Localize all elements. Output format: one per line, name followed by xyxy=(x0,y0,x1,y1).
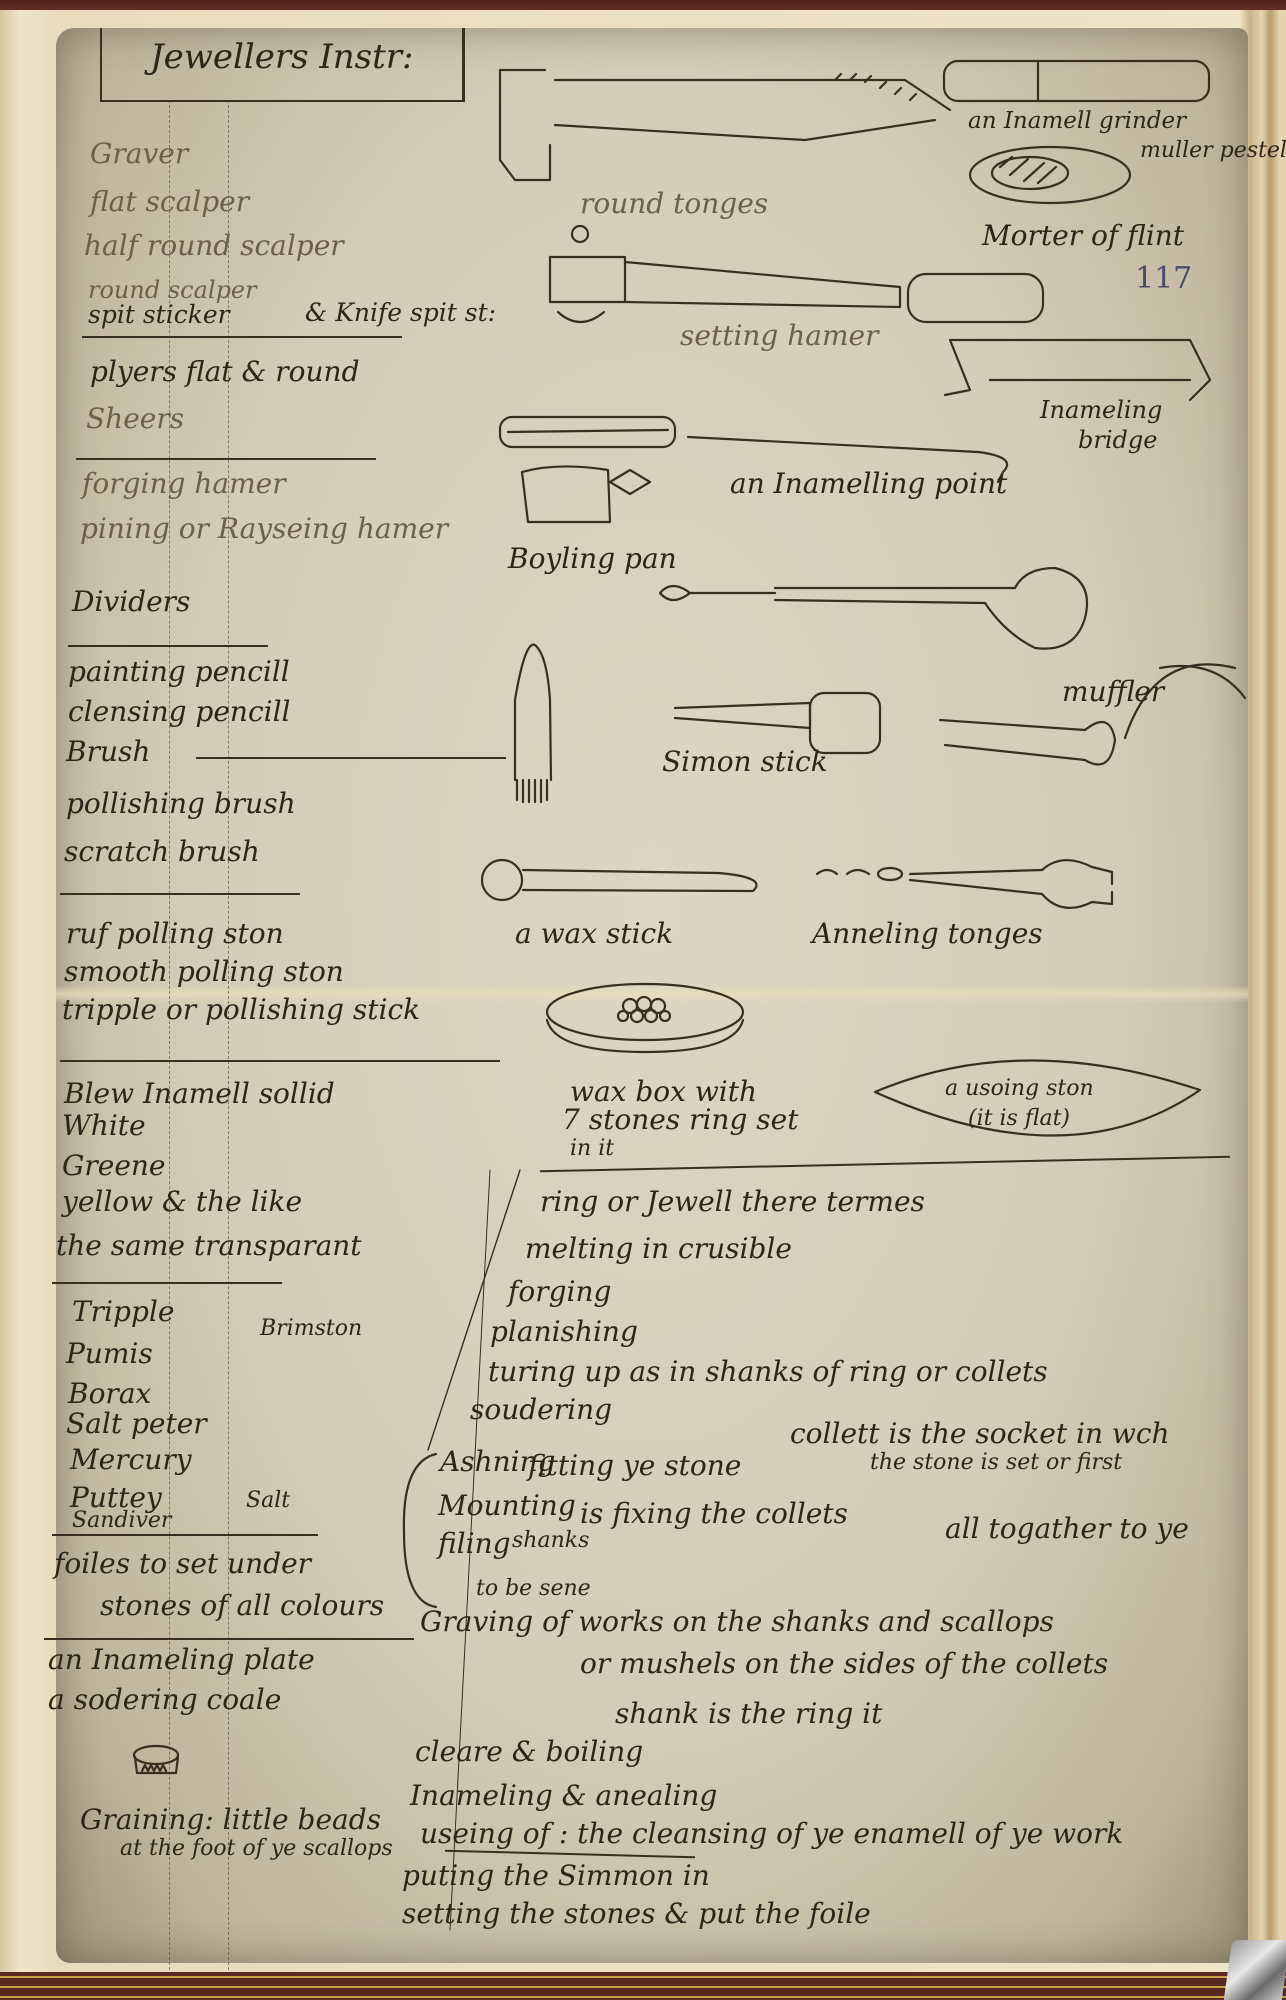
list-item: spit sticker xyxy=(88,302,230,327)
brush-sketch xyxy=(505,640,565,810)
sketch-label: 7 stones ring set xyxy=(562,1106,798,1134)
list-item: a sodering coale xyxy=(48,1686,281,1714)
list-item: pollishing brush xyxy=(66,790,296,818)
list-item: Graver xyxy=(90,140,188,168)
term-item: forging xyxy=(508,1278,611,1306)
mounting-note: shanks xyxy=(512,1530,589,1552)
list-item: yellow & the like xyxy=(62,1188,302,1216)
list-item: half round scalper xyxy=(84,232,344,260)
graving-note: Graving of works on the shanks and scall… xyxy=(420,1608,1054,1636)
sketch-label: Boyling pan xyxy=(508,545,677,573)
wax-box-sketch xyxy=(545,980,755,1060)
list-item: White xyxy=(62,1112,146,1140)
page-title: Jewellers Instr: xyxy=(150,40,414,74)
folio-number: 117 xyxy=(1135,264,1192,294)
term-item: melting in crusible xyxy=(525,1235,792,1263)
sketch-label: muller pestell xyxy=(1140,140,1286,162)
term-item: Mounting xyxy=(438,1492,576,1520)
list-item: round scalper xyxy=(88,278,257,302)
list-item: Greene xyxy=(62,1152,166,1180)
collet-note: collett is the socket in wch xyxy=(790,1420,1170,1448)
graving-note: or mushels on the sides of the collets xyxy=(580,1650,1108,1678)
term-item: useing of : the cleansing of ye enamell … xyxy=(420,1820,1123,1848)
shank-note: shank is the ring it xyxy=(615,1700,882,1728)
section-divider xyxy=(60,893,300,895)
bead-sketch xyxy=(132,1745,182,1785)
section-divider xyxy=(44,1638,414,1640)
term-item: planishing xyxy=(490,1318,638,1346)
list-item: Sandiver xyxy=(72,1510,171,1532)
list-item: Dividers xyxy=(72,588,190,616)
sketch-label: an Inamelling point xyxy=(730,470,1007,498)
terms-brace xyxy=(400,1452,440,1612)
section-divider xyxy=(52,1534,318,1536)
list-item: scratch brush xyxy=(64,838,260,866)
sketch-label: an Inamell grinder xyxy=(968,110,1186,133)
list-item: pining or Rayseing hamer xyxy=(80,515,448,543)
list-item: forging hamer xyxy=(82,470,286,498)
sketch-label: Inameling xyxy=(1040,398,1162,422)
list-item: tripple or pollishing stick xyxy=(62,996,420,1024)
list-item: painting pencill xyxy=(68,658,290,686)
sketch-label: round tonges xyxy=(580,190,768,218)
sketch-label: Morter of flint xyxy=(982,222,1184,250)
list-item: Tripple xyxy=(72,1298,174,1326)
term-item: cleare & boiling xyxy=(415,1738,643,1766)
list-item: plyers flat & round xyxy=(90,358,360,386)
sketch-label: (it is flat) xyxy=(968,1108,1070,1130)
sketch-label: wax box with xyxy=(570,1078,757,1106)
sketch-label: Simon stick xyxy=(662,748,828,776)
section-divider xyxy=(60,1060,500,1062)
sketch-label: a usoing ston xyxy=(945,1078,1094,1100)
section-divider xyxy=(68,645,268,647)
book-binding-bottom xyxy=(0,1972,1286,2000)
section-divider xyxy=(196,757,506,759)
term-item: to be sene xyxy=(476,1578,591,1600)
list-item: clensing pencill xyxy=(68,698,291,726)
list-item: Borax xyxy=(68,1380,151,1408)
list-item: Sheers xyxy=(86,405,184,433)
list-item: foiles to set under xyxy=(54,1550,311,1578)
terms-heading: ring or Jewell there termes xyxy=(540,1188,925,1216)
list-item: Pumis xyxy=(66,1340,153,1368)
list-item: Salt peter xyxy=(66,1410,207,1438)
list-item: & Knife spit st: xyxy=(305,300,496,325)
mounting-note: all togather to ye xyxy=(945,1515,1189,1543)
term-item: filing xyxy=(438,1530,511,1558)
term-item: puting the Simmon in xyxy=(402,1862,710,1890)
list-item: Blew Inamell sollid xyxy=(64,1080,335,1108)
section-divider xyxy=(52,1282,282,1284)
graining-note: at the foot of ye scallops xyxy=(120,1838,393,1860)
fitting-note: fitting ye stone xyxy=(528,1452,741,1480)
list-item: smooth polling ston xyxy=(64,958,344,986)
list-item: stones of all colours xyxy=(100,1592,384,1620)
mounting-note: is fixing the collets xyxy=(580,1500,848,1528)
sketch-label: Anneling tonges xyxy=(812,920,1043,948)
sketch-label: setting hamer xyxy=(680,322,879,350)
section-divider xyxy=(76,458,376,460)
term-item: Inameling & anealing xyxy=(410,1782,717,1810)
list-item: the same transparant xyxy=(56,1232,362,1260)
list-item: Brush xyxy=(66,738,150,766)
graining-note: Graining: little beads xyxy=(80,1806,381,1834)
round-tonges-sketch xyxy=(495,50,955,190)
wax-stick-sketch xyxy=(478,855,768,910)
term-item: soudering xyxy=(470,1396,612,1424)
sketch-label: in it xyxy=(570,1138,614,1160)
section-divider xyxy=(82,336,402,338)
list-item: Brimston xyxy=(260,1318,362,1340)
term-item: turing up as in shanks of ring or collet… xyxy=(488,1358,1048,1386)
term-item: setting the stones & put the foile xyxy=(402,1900,871,1928)
list-item: flat scalper xyxy=(90,188,249,216)
sketch-label: bridge xyxy=(1078,428,1157,452)
list-item: Mercury xyxy=(70,1446,192,1474)
collet-note: the stone is set or first xyxy=(870,1452,1122,1474)
metal-clasp xyxy=(1224,1940,1286,2000)
second-tonges-sketch xyxy=(935,700,1135,790)
list-item: Salt xyxy=(246,1490,290,1512)
sketch-label: a wax stick xyxy=(515,920,673,948)
list-item: ruf polling ston xyxy=(66,920,284,948)
list-item: an Inameling plate xyxy=(48,1646,315,1674)
